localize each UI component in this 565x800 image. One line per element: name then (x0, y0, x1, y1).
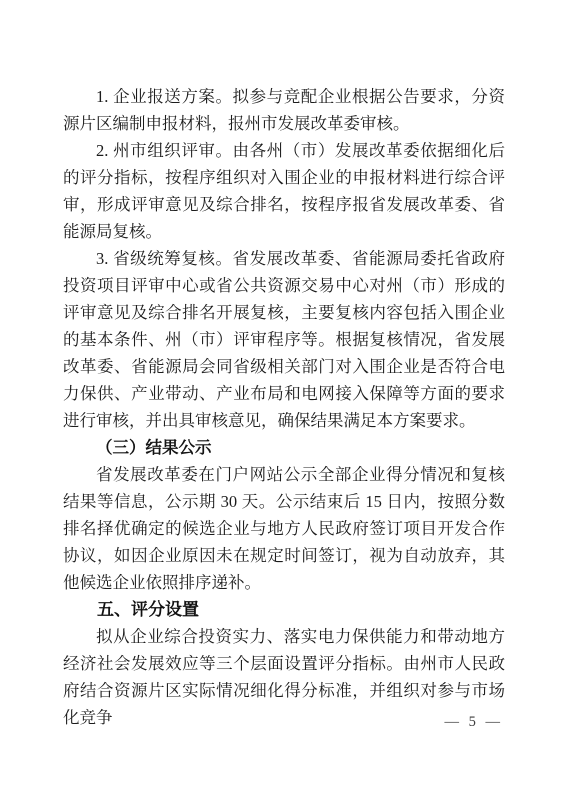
paragraph-enterprise-submission: 1. 企业报送方案。拟参与竞配企业根据公告要求，分资源片区编制申报材料，报州市发… (63, 83, 505, 137)
paragraph-prefecture-review: 2. 州市组织评审。由各州（市）发展改革委依据细化后的评分指标，按程序组织对入围… (63, 137, 505, 245)
heading-scoring-setup: 五、评分设置 (63, 596, 505, 623)
page-number: — 5 — (445, 713, 504, 731)
paragraph-publicity-detail: 省发展改革委在门户网站公示全部企业得分情况和复核结果等信息，公示期 30 天。公… (63, 461, 505, 596)
paragraph-scoring-detail: 拟从企业综合投资实力、落实电力保供能力和带动地方经济社会发展效应等三个层面设置评… (63, 623, 505, 731)
document-page: 1. 企业报送方案。拟参与竞配企业根据公告要求，分资源片区编制申报材料，报州市发… (0, 0, 565, 800)
paragraph-provincial-recheck: 3. 省级统筹复核。省发展改革委、省能源局委托省政府投资项目评审中心或省公共资源… (63, 245, 505, 434)
document-body: 1. 企业报送方案。拟参与竞配企业根据公告要求，分资源片区编制申报材料，报州市发… (63, 83, 505, 731)
subheading-result-publicity: （三）结果公示 (63, 434, 505, 461)
